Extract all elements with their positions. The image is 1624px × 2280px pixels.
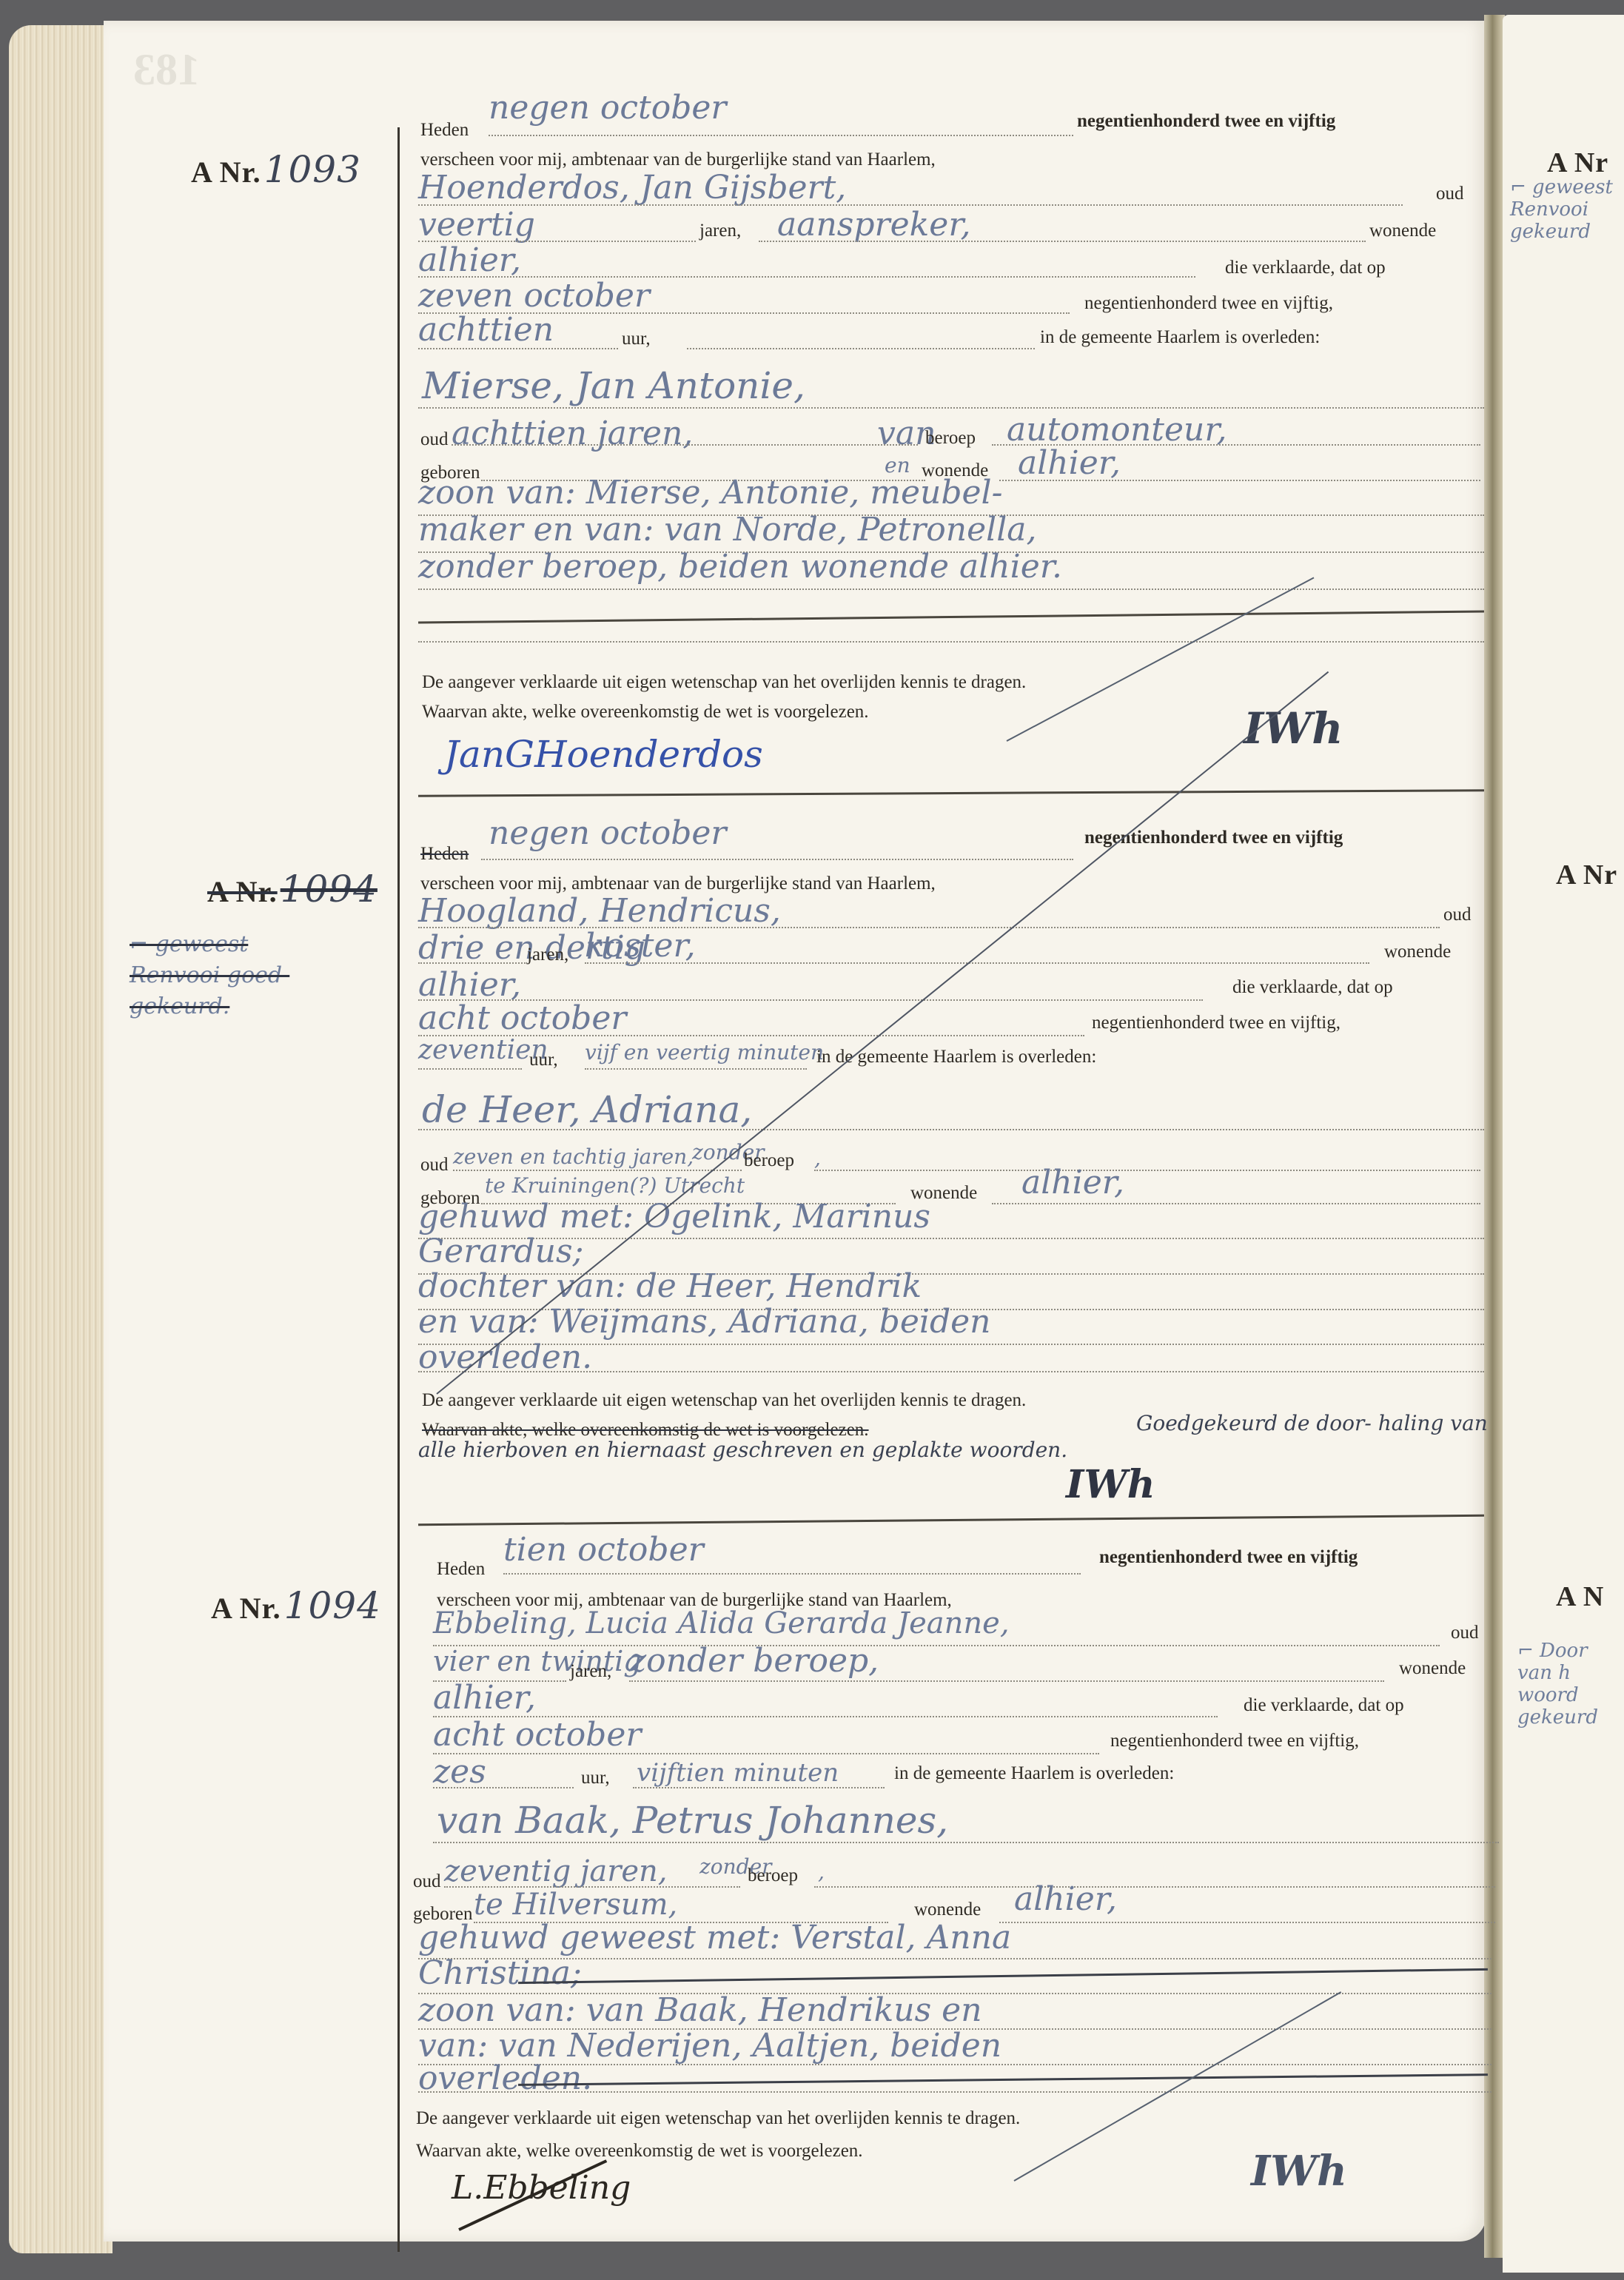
- record-2-deceased-occupation: ,: [814, 1146, 821, 1170]
- right-note-2: ⌐ Door van h woord gekeurd: [1517, 1640, 1624, 1729]
- record-1-wonende: wonende: [1369, 221, 1436, 241]
- dotted-line: [418, 348, 618, 349]
- record-3-year: negentienhonderd twee en vijftig: [1099, 1547, 1358, 1568]
- register-page: [104, 21, 1486, 2242]
- record-2-heden: Heden: [420, 844, 469, 865]
- record-3-deceased-residence: alhier,: [1014, 1880, 1117, 1918]
- record-2-oud-label: oud: [420, 1155, 449, 1176]
- record-3-declarant-signature: L.Ebbeling: [452, 2169, 631, 2207]
- record-1-declarant-name: Hoenderdos, Jan Gijsbert,: [418, 169, 846, 207]
- dotted-line: [433, 1842, 1499, 1843]
- dotted-line: [418, 641, 1484, 643]
- dotted-line: [489, 135, 1073, 136]
- record-2-overleden-in: in de gemeente Haarlem is overleden:: [816, 1047, 1096, 1067]
- dotted-line: [999, 480, 1480, 481]
- record-2-relation-line: gehuwd met: Ogelink, Marinus: [418, 1198, 930, 1235]
- record-3-birth-place: te Hilversum,: [474, 1888, 677, 1922]
- record-2-official-signature: IWh: [1066, 1462, 1155, 1507]
- record-1-waarvan: Waarvan akte, welke overeenkomstig de we…: [422, 702, 869, 722]
- record-3-number: A Nr.1094: [211, 1584, 381, 1627]
- record-2-margin-note: ⌐ geweest Renvooi goed- gekeurd.: [130, 929, 344, 1022]
- record-3-declarant-name: Ebbeling, Lucia Alida Gerarda Jeanne,: [433, 1606, 1010, 1640]
- record-1-deceased-residence: alhier,: [1018, 444, 1121, 482]
- dotted-line: [633, 1787, 885, 1788]
- page-number-bleedthrough: 183: [133, 44, 200, 95]
- right-anr-1: A Nr: [1547, 147, 1608, 179]
- dotted-line: [585, 962, 1369, 964]
- record-3-wonende: wonende: [1399, 1658, 1466, 1679]
- record-3-relation-line: gehuwd geweest met: Verstal, Anna: [418, 1919, 1011, 1957]
- dotted-line: [418, 962, 526, 964]
- dotted-line: [433, 1753, 1099, 1754]
- record-3-heden: Heden: [437, 1559, 485, 1580]
- record-3-death-hour: zes: [433, 1753, 486, 1791]
- record-3-deceased-name: van Baak, Petrus Johannes,: [437, 1799, 948, 1842]
- record-1-overleden-in: in de gemeente Haarlem is overleden:: [1040, 327, 1320, 348]
- record-1-declarant-residence: alhier,: [418, 241, 521, 279]
- record-1-beroep: beroep: [925, 428, 976, 449]
- record-1-verscheen: verscheen voor mij, ambtenaar van de bur…: [420, 150, 936, 170]
- record-1-death-date: zeven october: [418, 277, 650, 315]
- record-3-verklaarde: die verklaarde, dat op: [1244, 1695, 1404, 1716]
- dotted-line: [418, 2091, 1492, 2093]
- record-2-relation-line: dochter van: de Heer, Hendrik: [418, 1267, 922, 1305]
- record-1-declarant-signature: JanGHoenderdos: [444, 733, 763, 776]
- record-1-aangever: De aangever verklaarde uit eigen wetensc…: [422, 672, 1026, 693]
- record-3-deceased-occupation: ,: [818, 1860, 825, 1884]
- record-3-relation-line: zoon van: van Baak, Hendrikus en: [418, 1991, 982, 2029]
- dotted-line: [418, 1129, 1484, 1130]
- record-2-declarant-residence: alhier,: [418, 966, 521, 1004]
- record-3-waarvan: Waarvan akte, welke overeenkomstig de we…: [416, 2141, 863, 2162]
- record-1-relation-line: zoon van: Mierse, Antonie, meubel-: [418, 474, 1002, 512]
- record-3-declarant-residence: alhier,: [433, 1679, 536, 1717]
- record-3-aangever: De aangever verklaarde uit eigen wetensc…: [416, 2108, 1020, 2129]
- record-3-jaren: jaren,: [570, 1661, 611, 1682]
- record-1-uur: uur,: [622, 329, 651, 349]
- record-2-relation-line: Gerardus;: [418, 1233, 583, 1270]
- record-1-deceased-name: Mierse, Jan Antonie,: [422, 364, 805, 407]
- dotted-line: [418, 927, 1440, 928]
- record-3-deceased-age: zeventig jaren,: [444, 1854, 667, 1888]
- record-2-approval-note: Goedgekeurd de door- haling van alle hie…: [418, 1410, 1492, 1463]
- record-2-uur: uur,: [529, 1050, 558, 1070]
- record-1-verklaarde: die verklaarde, dat op: [1225, 258, 1386, 278]
- dotted-line: [481, 859, 1073, 860]
- dotted-line: [629, 1680, 1384, 1682]
- record-3-oud-label: oud: [413, 1871, 441, 1892]
- dotted-line: [433, 1787, 574, 1788]
- record-1-deceased-age: achttien jaren,: [452, 415, 693, 452]
- record-2-deceased-residence: alhier,: [1021, 1164, 1124, 1201]
- record-3-date: tien october: [503, 1531, 704, 1569]
- record-1-deceased-occupation: automonteur,: [1007, 411, 1227, 449]
- record-3-death-minutes: vijftien minuten: [637, 1758, 839, 1788]
- record-1-relation-line: zonder beroep, beiden wonende alhier.: [418, 548, 1062, 586]
- column-divider: [397, 127, 400, 2252]
- record-2-verklaarde: die verklaarde, dat op: [1232, 977, 1393, 998]
- record-1-relation-line: maker en van: van Norde, Petronella,: [418, 511, 1037, 549]
- record-1-year-2: negentienhonderd twee en vijftig,: [1084, 293, 1333, 314]
- record-2-aangever: De aangever verklaarde uit eigen wetensc…: [422, 1390, 1026, 1411]
- dotted-line: [453, 1170, 742, 1171]
- right-anr-2: A Nr: [1556, 859, 1617, 891]
- record-2-number: A Nr.1094: [207, 868, 378, 911]
- dotted-line: [418, 1068, 522, 1070]
- record-3-wonende-2: wonende: [914, 1900, 981, 1920]
- record-2-date: negen october: [489, 814, 726, 852]
- record-2-deceased-age: zeven en tachtig jaren,: [453, 1144, 694, 1169]
- dotted-line: [814, 1886, 1495, 1888]
- record-2-wonende: wonende: [1384, 942, 1451, 962]
- record-3-uur: uur,: [581, 1768, 610, 1788]
- dotted-line: [418, 589, 1484, 590]
- right-note-1: ⌐ geweest Renvooi gekeurd: [1510, 176, 1624, 243]
- dotted-line: [687, 348, 1035, 349]
- right-page-fragment: A Nr ⌐ geweest Renvooi gekeurd A Nr A N …: [1503, 15, 1624, 2273]
- record-3-declarant-occupation: zonder beroep,: [629, 1642, 879, 1680]
- dotted-line: [418, 1371, 1484, 1372]
- dotted-line: [418, 407, 1484, 409]
- record-1-oud: oud: [1436, 184, 1464, 204]
- record-3-official-signature: IWh: [1251, 2147, 1347, 2196]
- dotted-line: [814, 1170, 1480, 1171]
- record-1-declarant-age: veertig: [418, 206, 535, 244]
- record-1-number: A Nr.1093: [191, 148, 361, 191]
- record-2-death-minutes: vijf en veertig minuten: [585, 1040, 824, 1064]
- record-1-declarant-occupation: aanspreker,: [777, 206, 971, 244]
- record-1-date: negen october: [489, 89, 726, 127]
- record-1-year: negentienhonderd twee en vijftig: [1077, 111, 1335, 132]
- record-2-relation-line: en van: Weijmans, Adriana, beiden: [418, 1303, 990, 1341]
- dotted-line: [992, 1203, 1480, 1204]
- record-2-death-date: acht october: [418, 999, 626, 1037]
- dotted-line: [452, 444, 918, 446]
- record-3-beroep: beroep: [748, 1865, 798, 1886]
- record-2-year-2: negentienhonderd twee en vijftig,: [1092, 1013, 1341, 1033]
- record-2-declarant-occupation: koster,: [585, 927, 696, 965]
- dotted-line: [999, 1922, 1495, 1923]
- record-2-beroep: beroep: [744, 1150, 794, 1171]
- right-anr-3: A N: [1556, 1580, 1604, 1613]
- record-2-declarant-name: Hoogland, Hendricus,: [418, 892, 781, 930]
- dotted-line: [503, 1573, 1081, 1575]
- record-3-relation-line: Christina;: [418, 1954, 582, 1992]
- dotted-line: [585, 1068, 807, 1070]
- record-2-deceased-name: de Heer, Adriana,: [422, 1088, 752, 1131]
- record-3-death-date: acht october: [433, 1716, 641, 1754]
- record-1-jaren: jaren,: [699, 221, 741, 241]
- record-3-oud: oud: [1451, 1623, 1479, 1643]
- record-2-oud: oud: [1443, 905, 1472, 925]
- record-3-overleden-in: in de gemeente Haarlem is overleden:: [894, 1763, 1174, 1784]
- record-1-oud-label: oud: [420, 429, 449, 450]
- record-2-verscheen: verscheen voor mij, ambtenaar van de bur…: [420, 874, 936, 894]
- dotted-line: [759, 241, 1366, 242]
- book-page-edges: [9, 25, 113, 2253]
- record-2-jaren: jaren,: [527, 945, 568, 965]
- record-1-heden: Heden: [420, 120, 469, 141]
- record-1-death-hour: achttien: [418, 311, 554, 349]
- record-3-year-2: negentienhonderd twee en vijftig,: [1110, 1731, 1359, 1751]
